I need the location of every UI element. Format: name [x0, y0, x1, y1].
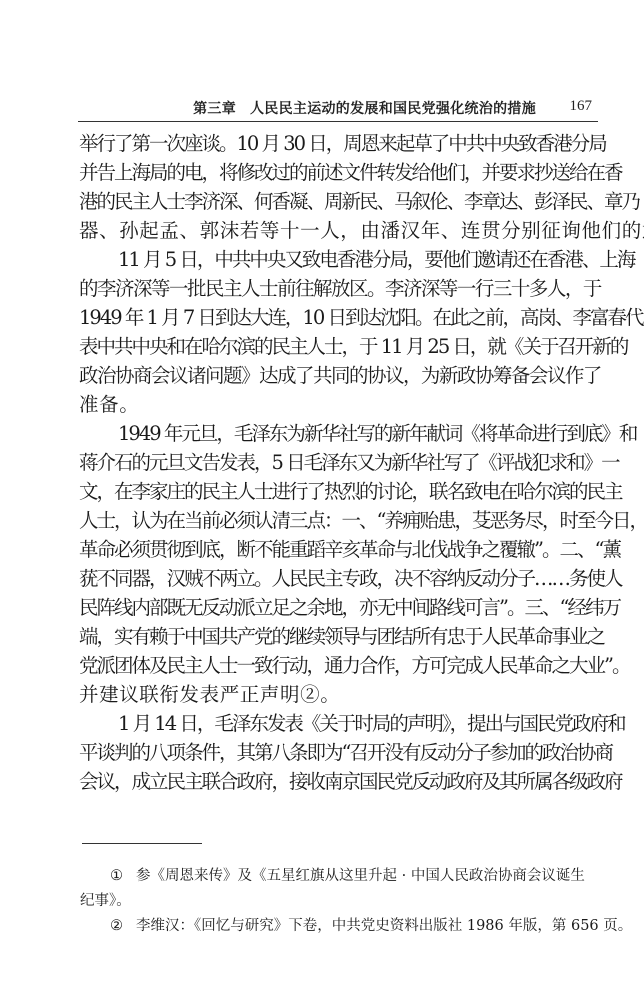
text-line-content: 并告上海局的电，将修改过的前述文件转发给他们，并要求抄送给在香 — [79, 158, 622, 187]
text-line: 并告上海局的电，将修改过的前述文件转发给他们，并要求抄送给在香 — [79, 158, 601, 187]
text-line-content: 政治协商会议诸问题》达成了共同的协议，为新政协筹备会议作了 — [79, 361, 601, 390]
running-head: 第三章人民民主运动的发展和国民党强化统治的措施 167 — [78, 96, 598, 118]
footnote-1-text: 参《周恩来传》及《五星红旗从这里升起 · 中国人民政治协商会议诞生 — [136, 868, 585, 884]
text-line-content: 文，在李家庄的民主人士进行了热烈的讨论，联名致电在哈尔滨的民主 — [79, 477, 622, 506]
text-line: 1949 年元旦，毛泽东为新华社写的新年献词《将革命进行到底》和 — [79, 419, 601, 448]
text-line: 的李济深等一批民主人士前往解放区。李济深等一行三十多人，于 — [79, 274, 601, 303]
text-line-content: 器、孙起孟、郭沫若等十一人，由潘汉年、连贯分别征询他们的意见①。 — [79, 216, 644, 245]
text-line-content: 平谈判的八项条件，其第八条即为“召开没有反动分子参加的政治协商 — [79, 738, 612, 767]
footnotes: ①参《周恩来传》及《五星红旗从这里升起 · 中国人民政治协商会议诞生 纪事》。 … — [80, 864, 602, 939]
text-line: 端，实有赖于中国共产党的继续领导与团结所有忠于人民革命事业之 — [79, 622, 601, 651]
text-line-content: 的李济深等一批民主人士前往解放区。李济深等一行三十多人，于 — [79, 274, 601, 303]
body-text: 举行了第一次座谈。10 月 30 日，周恩来起草了中共中央致香港分局并告上海局的… — [79, 129, 601, 796]
text-line: 港的民主人士李济深、何香凝、周新民、马叙伦、李章达、彭泽民、章乃 — [79, 187, 601, 216]
text-line: 党派团体及民主人士一致行动，通力合作，方可完成人民革命之大业”。 — [79, 651, 601, 680]
text-line: 准备。 — [79, 390, 601, 419]
footnote-1-mark: ① — [110, 864, 136, 889]
text-line-content: 港的民主人士李济深、何香凝、周新民、马叙伦、李章达、彭泽民、章乃 — [79, 187, 639, 216]
text-line-content: 1 月 14 日，毛泽东发表《关于时局的声明》，提出与国民党政府和 — [118, 709, 625, 738]
text-line: 1949 年 1 月 7 日到达大连，10 日到达沈阳。在此之前，高岗、李富春代 — [79, 303, 601, 332]
text-line-content: 蒋介石的元旦文告发表，5 日毛泽东又为新华社写了《评战犯求和》一 — [79, 448, 619, 477]
text-line: 民阵线内部既无反动派立足之余地，亦无中间路线可言”。三、“经纬万 — [79, 593, 601, 622]
text-line: 1 月 14 日，毛泽东发表《关于时局的声明》，提出与国民党政府和 — [79, 709, 601, 738]
text-line-content: 表中共中央和在哈尔滨的民主人士，于 11 月 25 日，就《关于召开新的 — [79, 332, 627, 361]
text-line-content: 党派团体及民主人士一致行动，通力合作，方可完成人民革命之大业”。 — [79, 651, 629, 680]
text-line-content: 会议，成立民主联合政府，接收南京国民党反动政府及其所属各级政府 — [79, 767, 622, 796]
footnote-rule — [82, 843, 202, 844]
text-line-content: 准备。 — [79, 390, 139, 419]
text-line: 政治协商会议诸问题》达成了共同的协议，为新政协筹备会议作了 — [79, 361, 601, 390]
text-line-content: 1949 年元旦，毛泽东为新华社写的新年献词《将革命进行到底》和 — [118, 419, 636, 448]
running-head-title: 第三章人民民主运动的发展和国民党强化统治的措施 — [193, 98, 536, 118]
text-line: 器、孙起孟、郭沫若等十一人，由潘汉年、连贯分别征询他们的意见①。 — [79, 216, 601, 245]
text-line: 举行了第一次座谈。10 月 30 日，周恩来起草了中共中央致香港分局 — [79, 129, 601, 158]
text-line: 人士，认为在当前必须认清三点：一、“养痈贻患，芟恶务尽，时至今日， — [79, 506, 601, 535]
text-line-content: 人士，认为在当前必须认清三点：一、“养痈贻患，芟恶务尽，时至今日， — [79, 506, 644, 535]
footnote-2: ②李维汉：《回忆与研究》下卷，中共党史资料出版社 1986 年版，第 656 页… — [80, 914, 602, 939]
chapter-title: 人民民主运动的发展和国民党强化统治的措施 — [250, 101, 536, 117]
footnote-2-mark: ② — [110, 914, 136, 939]
chapter-label: 第三章 — [193, 101, 236, 117]
text-line-content: 1949 年 1 月 7 日到达大连，10 日到达沈阳。在此之前，高岗、李富春代 — [79, 303, 642, 332]
text-line-content: 并建议联衔发表严正声明②。 — [79, 680, 340, 709]
text-line: 平谈判的八项条件，其第八条即为“召开没有反动分子参加的政治协商 — [79, 738, 601, 767]
text-line-content: 11 月 5 日，中共中央又致电香港分局，要他们邀请还在香港、上海 — [118, 245, 634, 274]
text-line: 并建议联衔发表严正声明②。 — [79, 680, 601, 709]
page-number: 167 — [570, 98, 593, 115]
text-line: 蒋介石的元旦文告发表，5 日毛泽东又为新华社写了《评战犯求和》一 — [79, 448, 601, 477]
footnote-2-text: 李维汉：《回忆与研究》下卷，中共党史资料出版社 1986 年版，第 656 页。 — [136, 918, 632, 934]
text-line-content: 举行了第一次座谈。10 月 30 日，周恩来起草了中共中央致香港分局 — [79, 129, 606, 158]
text-line: 表中共中央和在哈尔滨的民主人士，于 11 月 25 日，就《关于召开新的 — [79, 332, 601, 361]
text-line: 11 月 5 日，中共中央又致电香港分局，要他们邀请还在香港、上海 — [79, 245, 601, 274]
footnote-1-continuation: 纪事》。 — [80, 889, 602, 914]
text-line: 革命必须贯彻到底，断不能重蹈辛亥革命与北伐战争之覆辙”。二、“薰 — [79, 535, 601, 564]
footnote-1: ①参《周恩来传》及《五星红旗从这里升起 · 中国人民政治协商会议诞生 — [80, 864, 602, 889]
header-rule — [78, 121, 598, 122]
text-line-content: 莸不同器，汉贼不两立。人民民主专政，决不容纳反动分子……务使人 — [79, 564, 622, 593]
text-line-content: 革命必须贯彻到底，断不能重蹈辛亥革命与北伐战争之覆辙”。二、“薰 — [79, 535, 620, 564]
text-line: 莸不同器，汉贼不两立。人民民主专政，决不容纳反动分子……务使人 — [79, 564, 601, 593]
text-line: 会议，成立民主联合政府，接收南京国民党反动政府及其所属各级政府 — [79, 767, 601, 796]
text-line: 文，在李家庄的民主人士进行了热烈的讨论，联名致电在哈尔滨的民主 — [79, 477, 601, 506]
text-line-content: 端，实有赖于中国共产党的继续领导与团结所有忠于人民革命事业之 — [79, 622, 604, 651]
text-line-content: 民阵线内部既无反动派立足之余地，亦无中间路线可言”。三、“经纬万 — [79, 593, 620, 622]
